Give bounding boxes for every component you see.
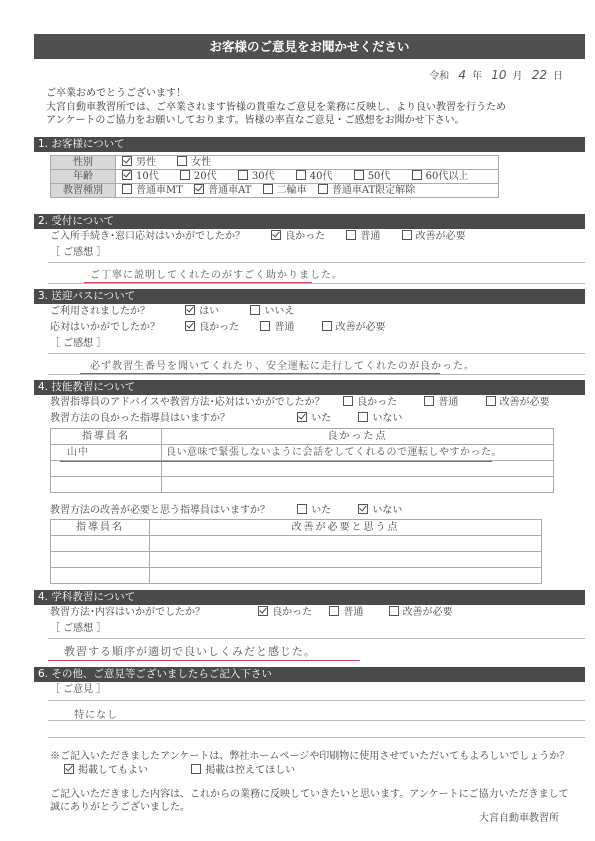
option-allow-publish[interactable]: 掲載してもよい	[64, 764, 148, 777]
checkbox[interactable]	[412, 170, 422, 180]
question-text: 応対はいかがでしたか？	[50, 321, 182, 335]
instructor-name-cell[interactable]	[51, 568, 150, 584]
divider	[48, 374, 585, 375]
checkbox-checked[interactable]	[358, 504, 368, 514]
option-label: 普通	[274, 322, 294, 333]
checkbox[interactable]	[322, 321, 332, 331]
course-options: 普通車MT 普通車AT 二輪車 普通車AT限定解除	[116, 184, 499, 198]
publish-question: ※ご記入いただきましたアンケートは、弊社ホームページや印刷物に使用させていただい…	[50, 750, 569, 763]
divider	[48, 737, 585, 738]
checkbox-checked[interactable]	[258, 606, 268, 616]
checkbox[interactable]	[318, 184, 328, 194]
option-30s[interactable]: 30代	[238, 170, 275, 183]
checkbox-checked[interactable]	[185, 305, 195, 315]
divider	[48, 720, 585, 721]
option-label: 40代	[310, 171, 333, 182]
table-row: 山中 良い意味で緊張しないように会話をしてくれるので運転しやすかった。	[51, 445, 554, 461]
option-label: はい	[199, 306, 219, 317]
checkbox-checked[interactable]	[185, 321, 195, 331]
option-label: 50代	[368, 171, 391, 182]
question-text: 教習方法の良かった指導員はいますか？	[50, 412, 294, 426]
bad-instructor-table: 指導員名 改善が必要と思う点	[50, 519, 542, 584]
option-label: 女性	[191, 157, 211, 168]
table-header-row: 指導員名 良かった点	[51, 429, 554, 445]
option-needs-improvement[interactable]: 改善が必要	[486, 396, 550, 410]
option-needs-improvement[interactable]: 改善が必要	[322, 321, 386, 335]
classroom-question-row: 教習方法･内容はいかがでしたか？ 良かった 普通 改善が必要	[50, 606, 471, 620]
table-row: 教習種別 普通車MT 普通車AT 二輪車 普通車AT限定解除	[51, 184, 499, 198]
checkbox[interactable]	[329, 606, 339, 616]
checkbox[interactable]	[486, 396, 496, 406]
option-yes[interactable]: いた	[297, 412, 331, 426]
table-row: 性別 男性 女性	[51, 156, 499, 170]
instructor-name-cell[interactable]	[51, 477, 162, 493]
section-header-reception: 2. 受付について	[34, 214, 585, 229]
option-no[interactable]: いない	[358, 412, 402, 426]
divider	[48, 283, 585, 284]
question-text: 教習指導員のアドバイスや教習方法･応対はいかがでしたか？	[50, 396, 340, 410]
comment-label: ［ ご意見 ］	[50, 683, 106, 697]
section-header-shuttle-bus: 3. 送迎バスについて	[34, 289, 585, 304]
gender-options: 男性 女性	[116, 156, 499, 170]
checkbox[interactable]	[122, 184, 132, 194]
checkbox-checked[interactable]	[122, 170, 132, 180]
date-day[interactable]: 22	[532, 68, 547, 82]
question-text: 教習方法･内容はいかがでしたか？	[50, 606, 255, 620]
option-label: 良かった	[199, 322, 239, 333]
checkbox-checked[interactable]	[194, 184, 204, 194]
option-motorcycle[interactable]: 二輪車	[263, 184, 307, 197]
option-label: 改善が必要	[500, 397, 550, 408]
section-header-driving-lessons: 4. 技能教習について	[34, 380, 585, 395]
checkbox[interactable]	[402, 230, 412, 240]
table-row	[51, 536, 542, 552]
date-field: 令和 4年 10月 22日	[429, 67, 563, 82]
option-mt[interactable]: 普通車MT	[122, 184, 183, 197]
table-row	[51, 568, 542, 584]
bus-usage-row: ご利用されましたか？ はい いいえ	[50, 305, 312, 319]
option-label: 30代	[252, 171, 275, 182]
other-comment[interactable]: 特になし	[74, 706, 118, 721]
checkbox-checked[interactable]	[271, 230, 281, 240]
date-era: 令和	[429, 71, 449, 82]
option-normal[interactable]: 普通	[260, 321, 294, 335]
option-yes[interactable]: いた	[297, 504, 331, 518]
col-instructor-name: 指導員名	[51, 520, 150, 536]
option-normal[interactable]: 普通	[346, 230, 380, 244]
option-normal[interactable]: 普通	[424, 396, 458, 410]
option-no[interactable]: いない	[358, 504, 402, 518]
option-label: 10代	[136, 171, 159, 182]
checkbox-checked[interactable]	[297, 412, 307, 422]
comment-label: ［ ご感想 ］	[50, 622, 106, 636]
comment-label: ［ ご感想 ］	[50, 337, 106, 351]
option-label: 普通車AT限定解除	[332, 185, 415, 196]
checkbox[interactable]	[260, 321, 270, 331]
option-at-limit-removal[interactable]: 普通車AT限定解除	[318, 184, 415, 197]
option-normal[interactable]: 普通	[329, 606, 363, 620]
option-label: いない	[372, 505, 402, 516]
thanks-line-1: ご記入いただきました内容は、これからの業務に反映していきたいと思います。アンケー…	[50, 788, 569, 801]
divider	[48, 353, 585, 354]
row-label: 教習種別	[51, 184, 116, 198]
instructor-name-cell[interactable]	[51, 536, 150, 552]
school-signature: 大宮自動車教習所	[479, 812, 559, 825]
option-label: 20代	[194, 171, 217, 182]
red-underline	[60, 461, 492, 462]
good-instructor-row: 教習方法の良かった指導員はいますか？ いた いない	[50, 412, 420, 426]
option-female[interactable]: 女性	[177, 156, 211, 169]
divider	[48, 262, 585, 263]
option-good[interactable]: 良かった	[258, 606, 312, 620]
checkbox-checked[interactable]	[122, 156, 132, 166]
option-10s[interactable]: 10代	[122, 170, 159, 183]
instructor-name-cell[interactable]	[51, 552, 150, 568]
bad-instructor-row: 教習方法の改善が必要と思う指導員はいますか？ いた いない	[50, 504, 420, 518]
col-instructor-name: 指導員名	[51, 429, 162, 445]
option-40s[interactable]: 40代	[296, 170, 333, 183]
intro-line: ご卒業おめでとうございます！	[46, 87, 506, 101]
checkbox-checked[interactable]	[64, 764, 74, 774]
option-label: 良かった	[357, 397, 397, 408]
improvement-points-cell[interactable]	[150, 568, 542, 584]
divider	[48, 638, 585, 639]
option-good[interactable]: 良かった	[271, 230, 325, 244]
date-month[interactable]: 10	[491, 68, 506, 82]
section-header-classroom-lessons: 4. 学科教習について	[34, 590, 585, 605]
option-label: 二輪車	[277, 185, 307, 196]
option-good[interactable]: 良かった	[343, 396, 397, 410]
checkbox[interactable]	[250, 305, 260, 315]
option-label: 普通	[360, 231, 380, 242]
option-50s[interactable]: 50代	[354, 170, 391, 183]
day-unit: 日	[553, 71, 563, 82]
reception-comment[interactable]: ご丁寧に説明してくれたのがすごく助かりました。	[90, 266, 343, 281]
checkbox[interactable]	[238, 170, 248, 180]
customer-info-table: 性別 男性 女性 年齢 10代 20代 30代 40代 50代 60代以上 教習…	[50, 155, 499, 198]
section-header-other: 6. その他、ご意見等ございましたらご記入下さい	[34, 667, 585, 682]
comment-label: ［ ご感想 ］	[50, 246, 106, 260]
classroom-comment[interactable]: 教習する順序が適切で良いしくみだと感じた。	[64, 643, 316, 659]
good-points-cell[interactable]: 良い意味で緊張しないように会話をしてくれるので運転しやすかった。	[162, 445, 554, 461]
improvement-points-cell[interactable]	[150, 552, 542, 568]
table-row	[51, 552, 542, 568]
checkbox[interactable]	[343, 396, 353, 406]
table-header-row: 指導員名 改善が必要と思う点	[51, 520, 542, 536]
age-options: 10代 20代 30代 40代 50代 60代以上	[116, 170, 499, 184]
good-points-cell[interactable]	[162, 461, 554, 477]
col-improvement-points: 改善が必要と思う点	[150, 520, 542, 536]
checkbox[interactable]	[296, 170, 306, 180]
thanks-line-2: 誠にありがとうございました。	[50, 801, 190, 814]
option-label: 60代以上	[426, 171, 469, 182]
improvement-points-cell[interactable]	[150, 536, 542, 552]
table-row	[51, 461, 554, 477]
good-points-cell[interactable]	[162, 477, 554, 493]
checkbox[interactable]	[424, 396, 434, 406]
checkbox[interactable]	[389, 606, 399, 616]
option-needs-improvement[interactable]: 改善が必要	[402, 230, 466, 244]
question-text: ご利用されましたか？	[50, 305, 182, 319]
option-label: 普通車AT	[208, 185, 251, 196]
divider	[48, 700, 585, 701]
intro-line: 大宮自動車教習所では、ご卒業されます皆様の貴重なご意見を業務に反映し、より良い教…	[46, 101, 506, 115]
instructor-name-cell[interactable]	[51, 461, 162, 477]
table-row	[51, 477, 554, 493]
question-text: 教習方法の改善が必要と思う指導員はいますか？	[50, 504, 294, 518]
option-label: 男性	[136, 157, 156, 168]
option-label: 改善が必要	[336, 322, 386, 333]
year-unit: 年	[472, 71, 482, 82]
checkbox[interactable]	[297, 504, 307, 514]
row-label: 性別	[51, 156, 116, 170]
option-yes[interactable]: はい	[185, 305, 219, 319]
intro-text: ご卒業おめでとうございます！ 大宮自動車教習所では、ご卒業されます皆様の貴重なご…	[46, 87, 506, 128]
option-label: 改善が必要	[416, 231, 466, 242]
option-no[interactable]: いいえ	[250, 305, 294, 319]
bus-service-row: 応対はいかがでしたか？ 良かった 普通 改善が必要	[50, 321, 404, 335]
option-label: いた	[311, 413, 331, 424]
option-20s[interactable]: 20代	[180, 170, 217, 183]
date-year[interactable]: 4	[458, 68, 466, 82]
option-male[interactable]: 男性	[122, 156, 156, 169]
bus-comment[interactable]: 必ず教習生番号を聞いてくれたり、安全運転に走行してくれたのが良かった。	[90, 357, 475, 372]
checkbox[interactable]	[358, 412, 368, 422]
checkbox[interactable]	[346, 230, 356, 240]
row-label: 年齢	[51, 170, 116, 184]
question-text: ご入所手続き･窓口応対はいかがでしたか？	[50, 230, 268, 244]
checkbox[interactable]	[180, 170, 190, 180]
option-label: 掲載は控えてほしい	[205, 765, 295, 776]
checkbox[interactable]	[177, 156, 187, 166]
option-label: 掲載してもよい	[78, 765, 148, 776]
intro-line: アンケートのご協力をお願いしております。皆様の率直なご意見・ご感想をお聞かせ下さ…	[46, 114, 506, 128]
option-needs-improvement[interactable]: 改善が必要	[389, 606, 453, 620]
form-title: お客様のご意見をお聞かせください	[34, 34, 585, 59]
option-label: 普通	[343, 607, 363, 618]
section-header-customer: 1. お客様について	[34, 137, 585, 152]
option-at[interactable]: 普通車AT	[194, 184, 251, 197]
checkbox[interactable]	[263, 184, 273, 194]
option-label: 良かった	[272, 607, 312, 618]
option-60s-plus[interactable]: 60代以上	[412, 170, 469, 183]
month-unit: 月	[513, 71, 523, 82]
option-decline-publish[interactable]: 掲載は控えてほしい	[191, 764, 295, 777]
option-label: 良かった	[285, 231, 325, 242]
option-label: いた	[311, 505, 331, 516]
instructor-name-cell[interactable]: 山中	[51, 445, 162, 461]
option-label: いいえ	[264, 306, 294, 317]
table-row: 年齢 10代 20代 30代 40代 50代 60代以上	[51, 170, 499, 184]
checkbox[interactable]	[191, 764, 201, 774]
checkbox[interactable]	[354, 170, 364, 180]
reception-question-row: ご入所手続き･窓口応対はいかがでしたか？ 良かった 普通 改善が必要	[50, 230, 484, 244]
option-label: いない	[372, 413, 402, 424]
option-label: 改善が必要	[403, 607, 453, 618]
instructor-advice-row: 教習指導員のアドバイスや教習方法･応対はいかがでしたか？ 良かった 普通 改善が…	[50, 396, 568, 410]
option-label: 普通	[438, 397, 458, 408]
red-underline	[48, 660, 360, 661]
option-label: 普通車MT	[136, 185, 183, 196]
option-good[interactable]: 良かった	[185, 321, 239, 335]
publish-options: 掲載してもよい 掲載は控えてほしい	[64, 764, 313, 777]
col-good-points: 良かった点	[162, 429, 554, 445]
